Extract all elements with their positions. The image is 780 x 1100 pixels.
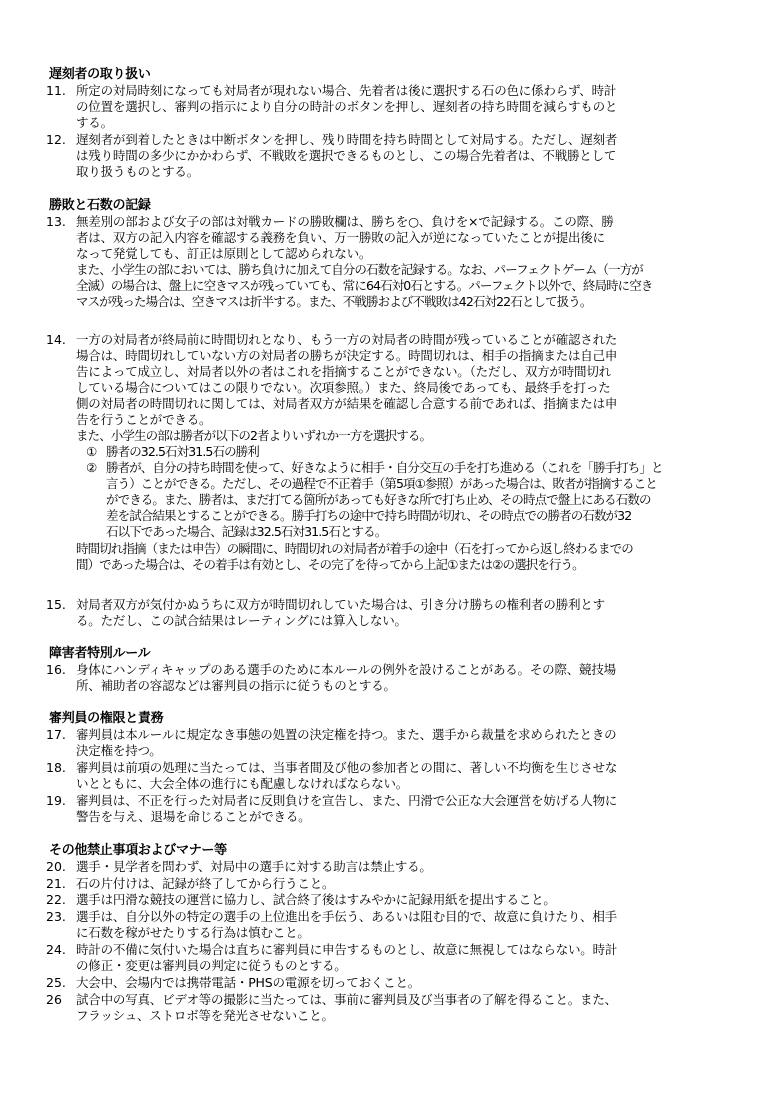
rule-text-line: 決定権を持つ。 <box>76 743 616 759</box>
section-heading-win-loss-record: 勝敗と石数の記録 <box>49 198 151 214</box>
rule-number: 12. <box>46 132 66 148</box>
subitem-text-line: 石以下であった場合、記録は32.5石対31.5石とする。 <box>106 524 663 540</box>
rule-text-line: マスが残った場合は、空きマスは折半する。また、不戦勝および不戦敗は42石対22石… <box>76 294 652 310</box>
rule-text-line: なって発覚しても、訂正は原則として認められない。 <box>76 246 652 262</box>
circled-number-2: ② <box>86 460 97 476</box>
rule-text-line: 一方の対局者が終局前に時間切れとなり、もう一方の対局者の時間が残っていることが確… <box>76 332 617 348</box>
rule-number: 17. <box>46 727 66 743</box>
section-heading-referee-authority: 審判員の権限と責務 <box>49 711 163 727</box>
rule-number: 25. <box>46 975 66 991</box>
rule-text-line: は残り時間の多少にかかわらず、不戦敗を選択できるものとし、この場合先着者は、不戦… <box>76 148 617 164</box>
rule-text-line: 場合は、時間切れしていない方の対局者の勝ちが決定する。時間切れは、相手の指摘また… <box>76 348 617 364</box>
rule-text-line: 時間切れ指摘（または申告）の瞬間に、時間切れの対局者が着手の途中（石を打ってから… <box>76 541 633 557</box>
section-heading-prohibitions-manners: その他禁止事項およびマナー等 <box>49 843 227 859</box>
rule-number: 11. <box>46 83 66 99</box>
rule-text-line: 告を行うことができる。 <box>76 412 617 428</box>
rule-text-line: 取り扱うものとする。 <box>76 164 617 180</box>
rule-text-line: 警告を与え、退場を命じることができる。 <box>76 809 617 825</box>
rule-number: 26 <box>46 992 62 1008</box>
section-heading-disability-rules: 障害者特別ルール <box>49 646 150 662</box>
rule-text-line: 石の片付けは、記録が終了してから行うこと。 <box>76 876 334 892</box>
rule-text-line: また、小学生の部は勝者が以下の2者よりいずれか一方を選択する。 <box>76 428 617 444</box>
rule-number: 20. <box>46 859 66 875</box>
circled-number-1: ① <box>86 444 97 460</box>
rule-text-line: 間）であった場合は、その着手は有効とし、その完了を待ってから上記①または②の選択… <box>76 557 633 573</box>
rule-text-line: また、小学生の部においては、勝ち負けに加えて自分の石数を記録する。なお、パーフェ… <box>76 262 652 278</box>
subitem-text-line: 勝者が、自分の持ち時間を使って、好きなように相手・自分交互の手を打ち進める（これ… <box>106 460 663 476</box>
rule-number: 19. <box>46 793 66 809</box>
rule-number: 23. <box>46 909 66 925</box>
rule-number: 18. <box>46 760 66 776</box>
rule-text-line: 身体にハンディキャップのある選手のために本ルールの例外を設けることがある。その際… <box>76 662 616 678</box>
subitem-text-line: 差を試合結果とすることができる。勝手打ちの途中で持ち時間が切れ、その時点での勝者… <box>106 508 663 524</box>
rule-text-line: 所定の対局時刻になっても対局者が現れない場合、先着者は後に選択する石の色に係わら… <box>76 83 617 99</box>
rule-text-line: 選手は円滑な競技の運営に協力し、試合終了後はすみやかに記録用紙を提出すること。 <box>76 892 556 908</box>
rule-text-line: 審判員は、不正を行った対局者に反則負けを宣告し、また、円滑で公正な大会運営を妨げ… <box>76 793 617 809</box>
rule-text-line: 選手・見学者を問わず、対局中の選手に対する助言は禁止する。 <box>76 859 432 875</box>
rule-text-line: 所、補助者の容認などは審判員の指示に従うものとする。 <box>76 678 616 694</box>
rule-text-line: 全滅）の場合は、盤上に空きマスが残っていても、常に64石対0石とする。パーフェク… <box>76 278 652 294</box>
rule-text-line: 時計の不備に気付いた場合は直ちに審判員に申告するものとし、故意に無視してはならな… <box>76 942 617 958</box>
rule-text-line: 遅刻者が到着したときは中断ボタンを押し、残り時間を持ち時間として対局する。ただし… <box>76 132 617 148</box>
rule-text-line: いとともに、大会全体の進行にも配慮しなければならない。 <box>76 776 617 792</box>
rule-text-line: 大会中、会場内では携帯電話・PHSの電源を切っておくこと。 <box>76 975 420 991</box>
rules-document-page: 遅刻者の取り扱い 11. 所定の対局時刻になっても対局者が現れない場合、先着者は… <box>0 0 780 1100</box>
rule-number: 22. <box>46 892 66 908</box>
subitem-text-line: ができる。また、勝者は、まだ打てる箇所があっても好きな所で打ち止め、その時点で盤… <box>106 492 663 508</box>
rule-text-line: している場合についてはこの限りでない。次項参照。）また、終局後であっても、最終手… <box>76 380 617 396</box>
rule-text-line: 審判員は前項の処理に当たっては、当事者間及び他の参加者との間に、著しい不均衡を生… <box>76 760 617 776</box>
rule-text-line: 選手は、自分以外の特定の選手の上位進出を手伝う、あるいは阻む目的で、故意に負けた… <box>76 909 617 925</box>
rule-number: 16. <box>46 662 66 678</box>
rule-number: 24. <box>46 942 66 958</box>
rule-text-line: る。ただし、この試合結果はレーティングには算入しない。 <box>76 613 605 629</box>
rule-text-line: の修正・変更は審判員の判定に従うものとする。 <box>76 958 617 974</box>
rule-text-line: 対局者双方が気付かぬうちに双方が時間切れしていた場合は、引き分け勝ちの権利者の勝… <box>76 597 605 613</box>
rule-text-line: 告によって成立し、対局者以外の者はこれを指摘することができない。（ただし、双方が… <box>76 364 617 380</box>
rule-text-line: に石数を稼がせたりする行為は慎むこと。 <box>76 925 617 941</box>
rule-text-line: 審判員は本ルールに規定なき事態の処置の決定権を持つ。また、選手から裁量を求められ… <box>76 727 616 743</box>
rule-number: 13. <box>46 214 66 230</box>
subitem-text-line: 言う）ことができる。ただし、その過程で不正着手（第5項①参照）があった場合は、敗… <box>106 476 663 492</box>
rule-text-line: 側の対局者の時間切れに関しては、対局者双方が結果を確認し合意する前であれば、指摘… <box>76 396 617 412</box>
section-heading-late-players: 遅刻者の取り扱い <box>49 67 151 83</box>
rule-text-line: フラッシュ、ストロボ等を発光させないこと。 <box>76 1008 617 1024</box>
rule-text-line: 試合中の写真、ビデオ等の撮影に当たっては、事前に審判員及び当事者の了解を得ること… <box>76 992 617 1008</box>
rule-text-line: 無差別の部および女子の部は対戦カードの勝敗欄は、勝ちを○、負けを×で記録する。こ… <box>76 214 652 230</box>
rule-number: 15. <box>46 597 66 613</box>
rule-text-line: 者は、双方の記入内容を確認する義務を負い、万一勝敗の記入が逆になっていたことが提… <box>76 230 652 246</box>
rule-text-line: の位置を選択し、審判の指示により自分の時計のボタンを押し、遅刻者の持ち時間を減ら… <box>76 99 617 115</box>
rule-number: 21. <box>46 876 66 892</box>
subitem-text-line: 勝者の32.5石対31.5石の勝利 <box>106 444 259 460</box>
rule-number: 14. <box>46 332 66 348</box>
rule-text-line: する。 <box>76 115 617 131</box>
